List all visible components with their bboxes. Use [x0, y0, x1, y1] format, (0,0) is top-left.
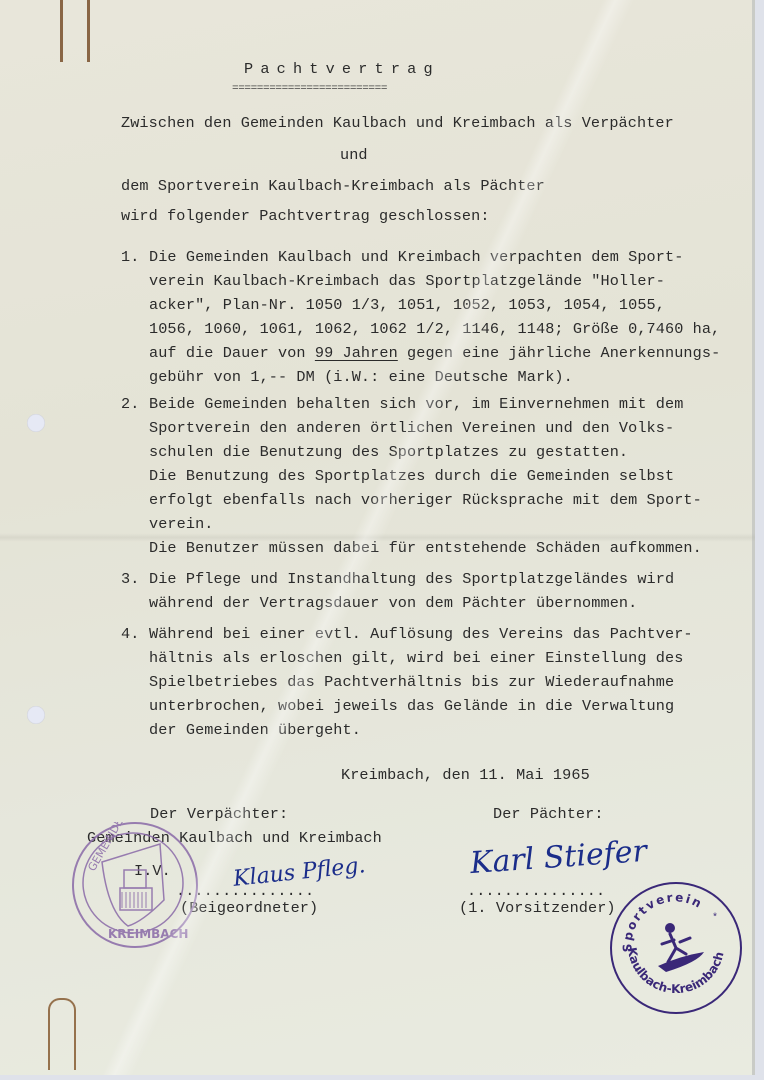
- clause-1-line-part: gegen eine jährliche Anerkennungs-: [407, 344, 720, 362]
- intro-parties-lessor: Zwischen den Gemeinden Kaulbach und Krei…: [121, 114, 674, 132]
- clause-2-line: schulen die Benutzung des Sportplatzes z…: [149, 443, 628, 461]
- clause-1-line: verein Kaulbach-Kreimbach das Sportplatz…: [149, 272, 665, 290]
- clause-1-line: acker", Plan-Nr. 1050 1/3, 1051, 1052, 1…: [149, 296, 665, 314]
- clause-2-line: Beide Gemeinden behalten sich vor, im Ei…: [149, 395, 683, 413]
- clause-4-line: unterbrochen, wobei jeweils das Gelände …: [149, 697, 674, 715]
- clause-number: 3.: [121, 570, 139, 588]
- lessor-role: (Beigeordneter): [180, 899, 318, 917]
- lessee-heading: Der Pächter:: [493, 805, 604, 823]
- rust-mark-top: [60, 0, 90, 62]
- punch-hole-upper: [27, 414, 45, 432]
- document-title: Pachtvertrag: [244, 60, 440, 78]
- clause-4-line: hältnis als erloschen gilt, wird bei ein…: [149, 649, 683, 667]
- clause-number: 4.: [121, 625, 139, 643]
- lease-duration: 99 Jahren: [315, 344, 398, 362]
- clause-3-line: während der Vertragsdauer von dem Pächte…: [149, 594, 637, 612]
- svg-text:Kaulbach-Kreimbach: Kaulbach-Kreimbach: [625, 946, 727, 996]
- svg-text:*: *: [634, 968, 640, 980]
- clause-number: 2.: [121, 395, 139, 413]
- svg-text:*: *: [712, 912, 718, 924]
- lessor-heading: Der Verpächter:: [150, 805, 288, 823]
- intro-conclusion: wird folgender Pachtvertrag geschlossen:: [121, 207, 490, 225]
- clause-2-line: Die Benutzer müssen dabei für entstehend…: [149, 539, 702, 557]
- svg-text:GEMEINDE: GEMEINDE: [85, 822, 126, 874]
- intro-parties-lessee: dem Sportverein Kaulbach-Kreimbach als P…: [121, 177, 545, 195]
- lessee-role: (1. Vorsitzender): [459, 899, 616, 917]
- municipality-stamp: GEMEINDE KREIMBACH: [72, 822, 198, 948]
- lessee-signature-line: ...............: [467, 882, 605, 900]
- punch-hole-lower: [27, 706, 45, 724]
- clause-3-line: Die Pflege und Instandhaltung des Sportp…: [149, 570, 674, 588]
- page-edge: [752, 0, 755, 1075]
- clause-1-line: 1056, 1060, 1061, 1062, 1062 1/2, 1146, …: [149, 320, 720, 338]
- clause-2-line: Sportverein den anderen örtlichen Verein…: [149, 419, 674, 437]
- intro-and: und: [340, 146, 368, 164]
- clause-1-line-part: auf die Dauer von: [149, 344, 315, 362]
- clause-number: 1.: [121, 248, 139, 266]
- clause-1-line: gebühr von 1,-- DM (i.W.: eine Deutsche …: [149, 368, 573, 386]
- clause-4-line: Während bei einer evtl. Auflösung des Ve…: [149, 625, 693, 643]
- clause-1-line: Die Gemeinden Kaulbach und Kreimbach ver…: [149, 248, 683, 266]
- clause-4-line: der Gemeinden übergeht.: [149, 721, 361, 739]
- clause-1-line: auf die Dauer von 99 Jahren gegen eine j…: [149, 344, 720, 362]
- clause-2-line: verein.: [149, 515, 214, 533]
- place-date: Kreimbach, den 11. Mai 1965: [341, 766, 590, 784]
- clause-2-line: Die Benutzung des Sportplatzes durch die…: [149, 467, 674, 485]
- sports-club-stamp: Sportverein Kaulbach-Kreimbach * *: [610, 882, 742, 1014]
- lessee-signature: Karl Stiefer: [469, 834, 648, 881]
- svg-text:KREIMBACH: KREIMBACH: [108, 927, 188, 941]
- runner-emblem-icon: Sportverein Kaulbach-Kreimbach * *: [610, 882, 738, 1010]
- rust-mark-bottom: [48, 998, 76, 1070]
- clause-2-line: erfolgt ebenfalls nach vorheriger Rücksp…: [149, 491, 702, 509]
- clause-4-line: Spielbetriebes das Pachtverhältnis bis z…: [149, 673, 674, 691]
- document-page: Pachtvertrag ========================= Z…: [0, 0, 755, 1075]
- coat-of-arms-icon: GEMEINDE KREIMBACH: [72, 822, 194, 944]
- title-underline: =========================: [232, 83, 387, 95]
